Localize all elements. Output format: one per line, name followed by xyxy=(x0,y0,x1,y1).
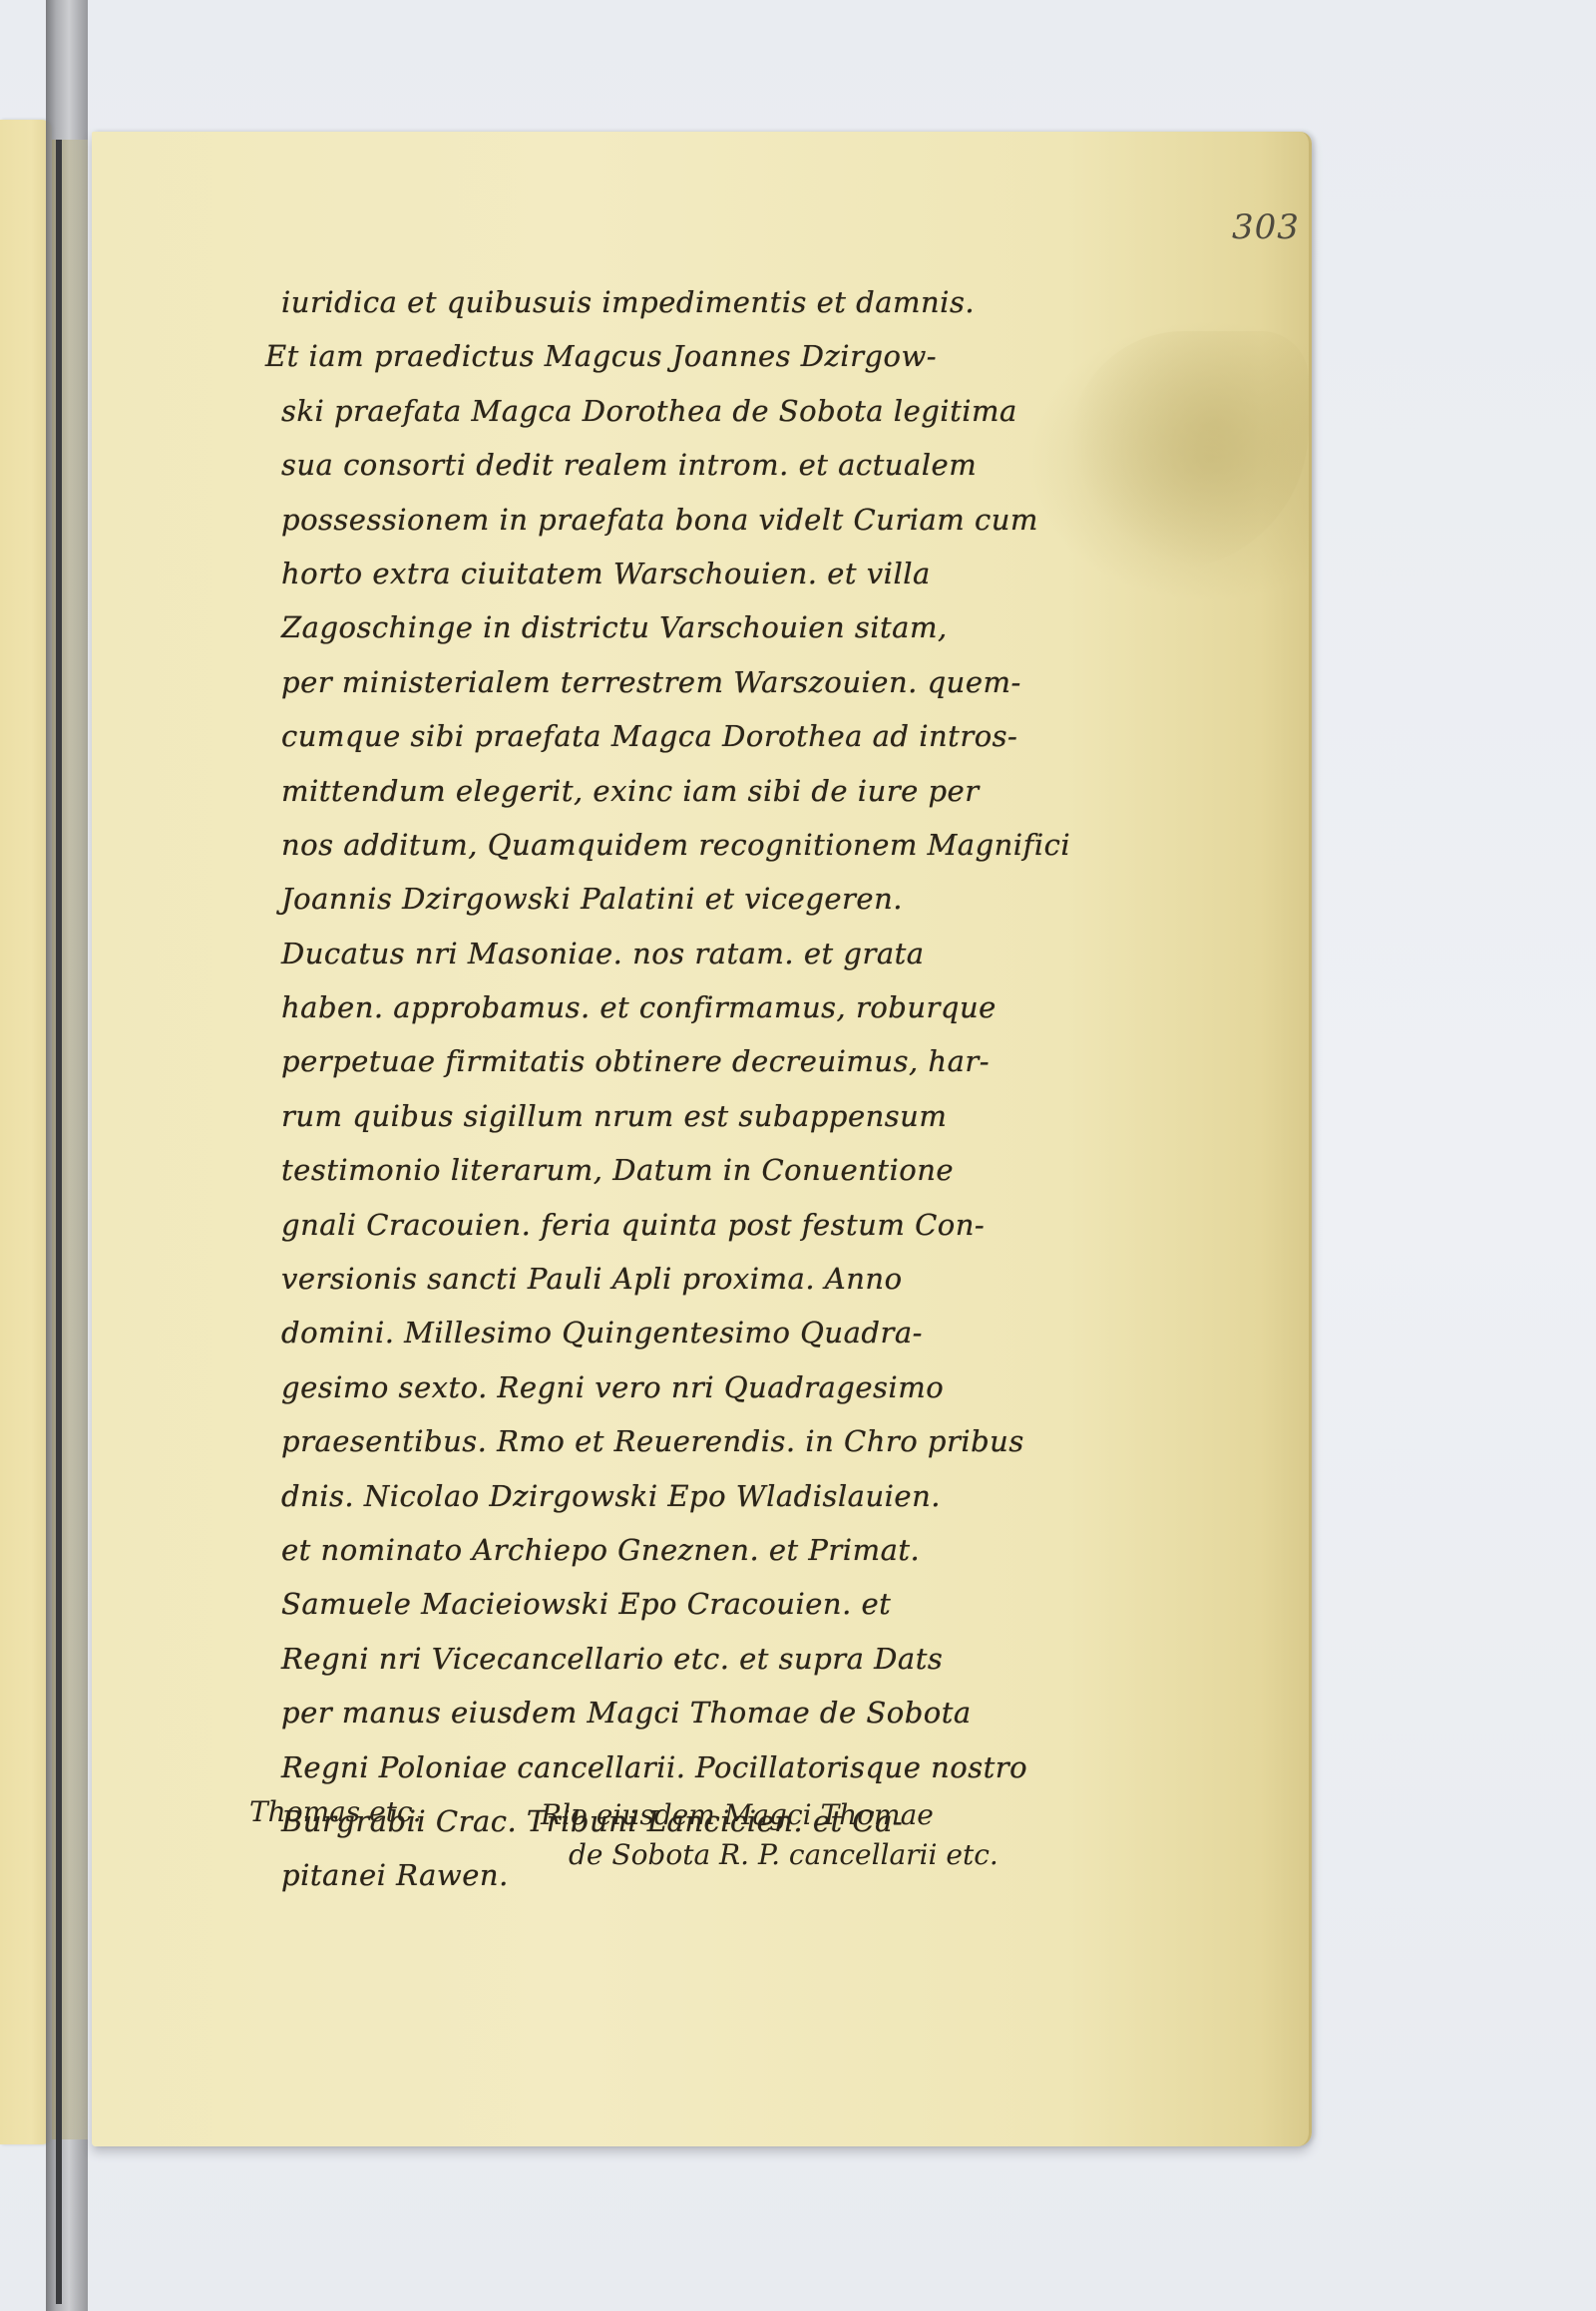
text-line: iuridica et quibusuis impedimentis et da… xyxy=(281,275,1099,329)
signature-right: Rlo eiusdem Magci Thomae de Sobota R. P.… xyxy=(541,1795,998,1875)
text-line: gnali Cracouien. feria quinta post festu… xyxy=(281,1198,1099,1252)
signature-right-line-1: Rlo eiusdem Magci Thomae xyxy=(541,1795,998,1835)
text-line: mittendum elegerit, exinc iam sibi de iu… xyxy=(281,764,1099,818)
manuscript-text: iuridica et quibusuis impedimentis et da… xyxy=(281,275,1099,1903)
water-stain xyxy=(1069,331,1309,571)
text-line: perpetuae firmitatis obtinere decreuimus… xyxy=(281,1034,1099,1088)
text-line: dnis. Nicolao Dzirgowski Epo Wladislauie… xyxy=(281,1469,1099,1523)
text-line: cumque sibi praefata Magca Dorothea ad i… xyxy=(281,709,1099,763)
text-line: horto extra ciuitatem Warschouien. et vi… xyxy=(281,547,1099,600)
signature-block: Thomas etc. Rlo eiusdem Magci Thomae de … xyxy=(249,1795,1147,1895)
signature-right-line-2: de Sobota R. P. cancellarii etc. xyxy=(569,1835,998,1875)
text-line: nos additum, Quamquidem recognitionem Ma… xyxy=(281,818,1099,872)
gutter-bar xyxy=(56,140,62,2304)
text-line: per manus eiusdem Magci Thomae de Sobota xyxy=(281,1686,1099,1739)
text-line: testimonio literarum, Datum in Conuentio… xyxy=(281,1143,1099,1197)
text-line: ski praefata Magca Dorothea de Sobota le… xyxy=(281,384,1099,438)
text-line: et nominato Archiepo Gneznen. et Primat. xyxy=(281,1523,1099,1577)
text-line: haben. approbamus. et confirmamus, robur… xyxy=(281,980,1099,1034)
text-line: domini. Millesimo Quingentesimo Quadra- xyxy=(281,1306,1099,1359)
text-line: rum quibus sigillum nrum est subappensum xyxy=(281,1089,1099,1143)
text-line: Samuele Macieiowski Epo Cracouien. et xyxy=(281,1577,1099,1631)
text-line: possessionem in praefata bona videlt Cur… xyxy=(281,493,1099,547)
text-line: Regni Poloniae cancellarii. Pocillatoris… xyxy=(281,1740,1099,1794)
text-line: Zagoschinge in districtu Varschouien sit… xyxy=(281,600,1099,654)
text-line: Ducatus nri Masoniae. nos ratam. et grat… xyxy=(281,927,1099,980)
text-line: gesimo sexto. Regni vero nri Quadragesim… xyxy=(281,1360,1099,1414)
text-line: Regni nri Vicecancellario etc. et supra … xyxy=(281,1632,1099,1686)
text-line: Joannis Dzirgowski Palatini et vicegeren… xyxy=(281,872,1099,926)
text-line: versionis sancti Pauli Apli proxima. Ann… xyxy=(281,1252,1099,1306)
text-line: per ministerialem terrestrem Warszouien.… xyxy=(281,655,1099,709)
text-line: praesentibus. Rmo et Reuerendis. in Chro… xyxy=(281,1414,1099,1468)
folio-number: 303 xyxy=(1232,207,1300,247)
previous-page-edge xyxy=(0,120,52,2144)
signature-left: Thomas etc. xyxy=(249,1795,421,1828)
text-line: Et iam praedictus Magcus Joannes Dzirgow… xyxy=(265,329,1099,383)
text-line: sua consorti dedit realem introm. et act… xyxy=(281,438,1099,492)
